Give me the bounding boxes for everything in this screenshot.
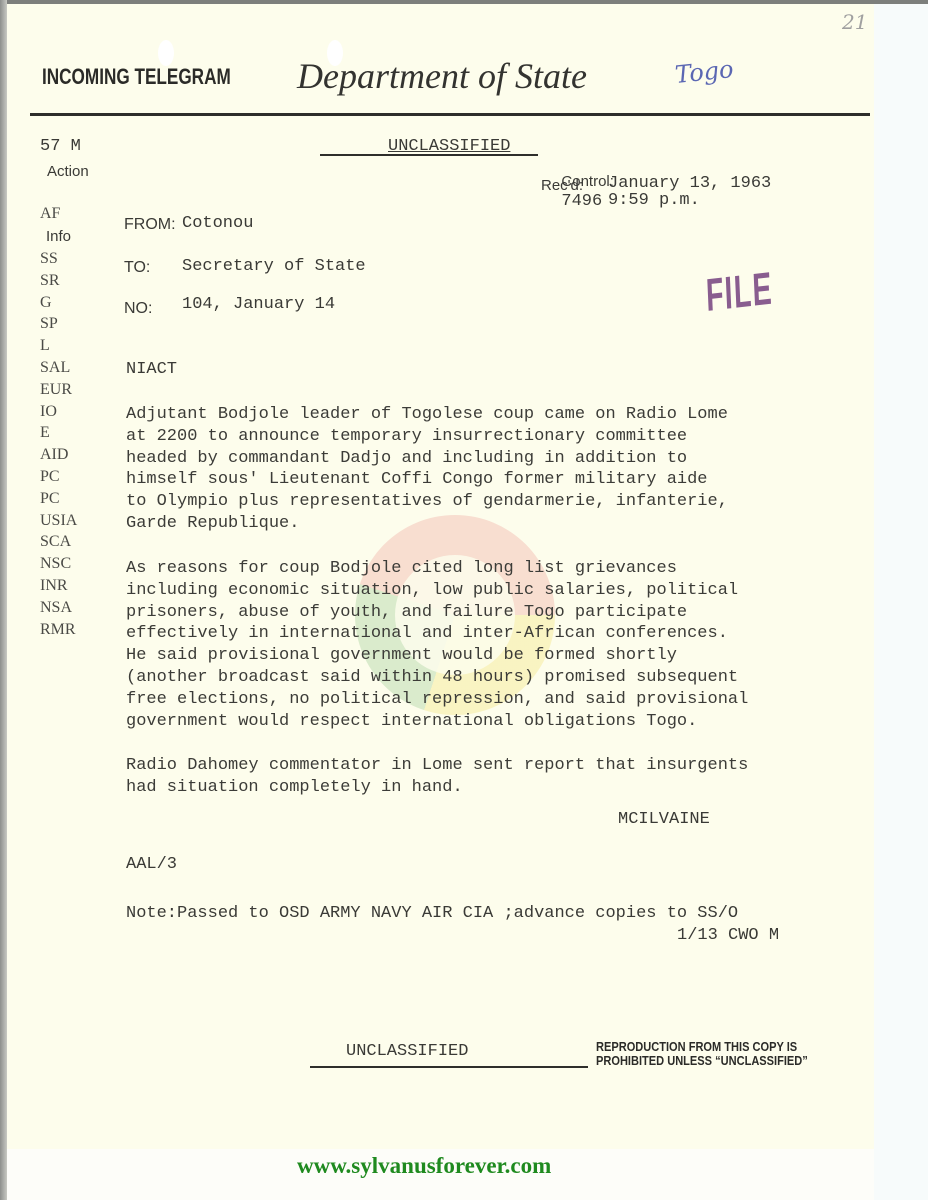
to-value: Secretary of State: [182, 257, 366, 276]
info-office: RMR: [40, 619, 77, 641]
from-label: FROM:: [124, 216, 176, 234]
scan-left-edge: [0, 0, 7, 1200]
action-office: AF: [40, 205, 60, 223]
info-office: INR: [40, 575, 77, 597]
info-office: G: [40, 292, 77, 314]
received-label: Rec'd:: [541, 177, 583, 194]
action-label: Action: [47, 163, 89, 180]
classification-bottom: UNCLASSIFIED: [346, 1042, 468, 1061]
info-office: E: [40, 422, 77, 444]
precedence: NIACT: [126, 360, 177, 379]
routing-code: 57 M: [40, 137, 81, 156]
info-office: SS: [40, 248, 77, 270]
info-office: NSA: [40, 597, 77, 619]
signature: MCILVAINE: [618, 810, 710, 829]
website-link[interactable]: www.sylvanusforever.com: [297, 1153, 551, 1179]
control-value: 7496: [561, 192, 602, 211]
info-office: AID: [40, 444, 77, 466]
info-office: PC: [40, 488, 77, 510]
note-initials: 1/13 CWO M: [677, 926, 779, 945]
scan-margin: [874, 4, 928, 1200]
routing-note: Note:Passed to OSD ARMY NAVY AIR CIA ;ad…: [126, 904, 738, 923]
info-office: IO: [40, 401, 77, 423]
info-office: SP: [40, 313, 77, 335]
handwritten-page-number: 21: [842, 10, 867, 34]
paragraph-3: Radio Dahomey commentator in Lome sent r…: [126, 755, 748, 799]
classification-bottom-underline: [310, 1066, 588, 1068]
to-label: TO:: [124, 259, 150, 277]
form-type-heading: INCOMING TELEGRAM: [42, 64, 231, 90]
info-office: SR: [40, 270, 77, 292]
info-office: SAL: [40, 357, 77, 379]
paragraph-2: As reasons for coup Bodjole cited long l…: [126, 558, 748, 732]
punch-hole-icon: [158, 40, 174, 66]
info-office: SCA: [40, 531, 77, 553]
info-office: USIA: [40, 510, 77, 532]
reproduction-notice: REPRODUCTION FROM THIS COPY IS PROHIBITE…: [596, 1040, 808, 1068]
info-office: PC: [40, 466, 77, 488]
paragraph-1: Adjutant Bodjole leader of Togolese coup…: [126, 404, 728, 535]
no-label: NO:: [124, 300, 152, 318]
info-office: EUR: [40, 379, 77, 401]
info-distribution-list: SSSRGSPLSALEURIOEAIDPCPCUSIASCANSCINRNSA…: [40, 248, 77, 640]
info-label: Info: [46, 228, 71, 245]
header-divider: [30, 113, 870, 116]
info-office: NSC: [40, 553, 77, 575]
from-value: Cotonou: [182, 214, 253, 233]
received-time: 9:59 p.m.: [608, 191, 700, 210]
agency-title: Department of State: [297, 55, 587, 97]
no-value: 104, January 14: [182, 295, 335, 314]
info-office: L: [40, 335, 77, 357]
classification-top: UNCLASSIFIED: [388, 137, 510, 156]
file-stamp: FILE: [705, 261, 774, 322]
reference-code: AAL/3: [126, 855, 177, 874]
